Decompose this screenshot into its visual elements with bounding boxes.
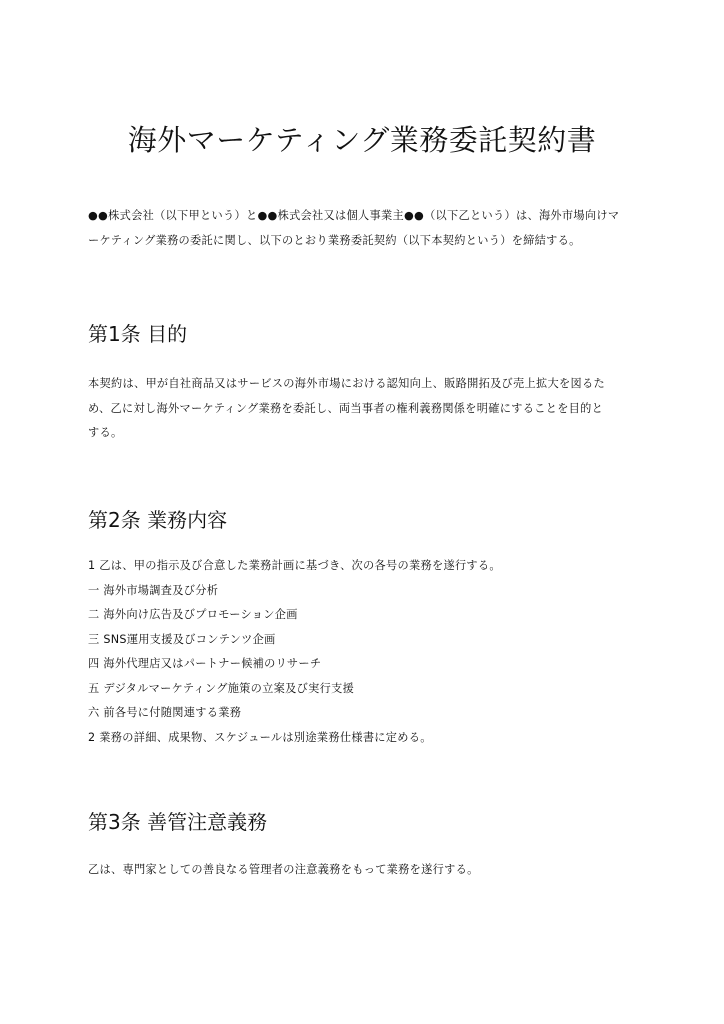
article-1-line: め、乙に対し海外マーケティング業務を委託し、両当事者の権利義務関係を明確にするこ… — [88, 397, 638, 422]
article-1-line: する。 — [88, 421, 638, 446]
article-2-line: 1 乙は、甲の指示及び合意した業務計画に基づき、次の各号の業務を遂行する。 — [88, 554, 638, 579]
article-2-line: 2 業務の詳細、成果物、スケジュールは別途業務仕様書に定める。 — [88, 726, 638, 751]
article-2-heading: 第2条 業務内容 — [88, 506, 227, 534]
article-2-line: 四 海外代理店又はパートナー候補のリサーチ — [88, 652, 638, 677]
preamble: ●●株式会社（以下甲という）と●●株式会社又は個人事業主●●（以下乙という）は、… — [88, 204, 638, 253]
preamble-line: ーケティング業務の委託に関し、以下のとおり業務委託契約（以下本契約という）を締結… — [88, 229, 638, 254]
document-page: 海外マーケティング業務委託契約書 ●●株式会社（以下甲という）と●●株式会社又は… — [0, 0, 724, 1024]
preamble-line: ●●株式会社（以下甲という）と●●株式会社又は個人事業主●●（以下乙という）は、… — [88, 204, 638, 229]
article-1-heading: 第1条 目的 — [88, 320, 187, 348]
article-2-body: 1 乙は、甲の指示及び合意した業務計画に基づき、次の各号の業務を遂行する。 一 … — [88, 554, 638, 750]
document-title: 海外マーケティング業務委託契約書 — [0, 120, 724, 160]
article-2-line: 五 デジタルマーケティング施策の立案及び実行支援 — [88, 677, 638, 702]
article-2-line: 三 SNS運用支援及びコンテンツ企画 — [88, 628, 638, 653]
article-2-line: 六 前各号に付随関連する業務 — [88, 701, 638, 726]
article-1-line: 本契約は、甲が自社商品又はサービスの海外市場における認知向上、販路開拓及び売上拡… — [88, 372, 638, 397]
article-3-line: 乙は、専門家としての善良なる管理者の注意義務をもって業務を遂行する。 — [88, 858, 638, 883]
article-3-heading: 第3条 善管注意義務 — [88, 808, 267, 836]
article-2-line: 二 海外向け広告及びプロモーション企画 — [88, 603, 638, 628]
article-3-body: 乙は、専門家としての善良なる管理者の注意義務をもって業務を遂行する。 — [88, 858, 638, 883]
article-1-body: 本契約は、甲が自社商品又はサービスの海外市場における認知向上、販路開拓及び売上拡… — [88, 372, 638, 446]
article-2-line: 一 海外市場調査及び分析 — [88, 579, 638, 604]
